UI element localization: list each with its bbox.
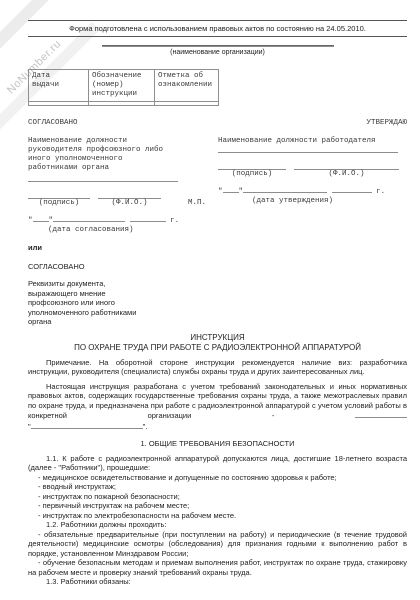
approved-position-text: Наименование должности работодателя [218,137,407,146]
year-suffix: г. [170,217,179,225]
day-blank [33,214,49,222]
month-blank [53,214,125,222]
approved-date-row: "" г. [218,185,407,197]
document-title: ИНСТРУКЦИЯ ПО ОХРАНЕ ТРУДА ПРИ РАБОТЕ С … [28,333,407,353]
agreed-date-row: "" г. [28,214,208,226]
organization-name-line [102,45,334,47]
intro-text: Настоящая инструкция разработана с учето… [28,382,407,421]
document-page: NoNumber.ru Форма подготовлена с использ… [0,0,420,600]
issue-table-col-number: Обозначение (номер) инструкции [89,70,155,102]
year-blank [130,214,166,222]
approval-section: СОГЛАСОВАНО Наименование должности руков… [28,119,407,235]
document-title-line1: ИНСТРУКЦИЯ [28,333,407,343]
paragraph-1-3: 1.3. Работники обязаны: [28,577,407,587]
list-item: - инструктаж по пожарной безопасности; [28,492,407,502]
org-blank [355,410,407,418]
quote-close-mark: ". [143,422,148,431]
issue-table-empty-row [29,102,219,106]
list-item: - медицинское освидетельствование и допу… [28,473,407,483]
year-suffix: г. [376,188,385,196]
issue-table-col-ack: Отметка об ознакомлении [155,70,219,102]
signature-label: (подпись) [28,199,90,208]
agreed-position-line [28,181,178,182]
approved-signature-labels: (подпись) (Ф.И.О.) [218,170,407,179]
signature-label: (подпись) [218,170,286,179]
document-content: Форма подготовлена с использованием прав… [0,0,420,587]
paragraph-1-1: 1.1. К работе с радиоэлектронной аппарат… [28,454,407,473]
agreed-block: СОГЛАСОВАНО Наименование должности руков… [28,119,208,235]
fio-label: (Ф.И.О.) [98,199,161,208]
month-blank [243,185,327,193]
signature-blank [218,162,286,170]
section1-heading: 1. ОБЩИЕ ТРЕБОВАНИЯ БЕЗОПАСНОСТИ [28,439,407,449]
fio-blank [98,191,161,199]
agreed-signature-labels: (подпись) (Ф.И.О.) М.П. [28,199,208,208]
list-item: - вводный инструктаж; [28,482,407,492]
organization-name-label: (наименование организации) [102,49,334,57]
intro-continuation-line: "". [28,421,407,432]
year-blank [332,185,372,193]
approved-signature-lines [218,162,407,170]
approved-position-line [218,152,398,153]
paragraph-1-2: 1.2. Работники должны проходить: [28,520,407,530]
fio-label: (Ф.И.О.) [294,170,399,179]
signature-blank [28,191,90,199]
issue-table: Дата выдачи Обозначение (номер) инструкц… [28,69,219,106]
organization-name-field: (наименование организации) [102,45,334,57]
note-paragraph: Примечание. На оборотной стороне инструк… [28,358,407,377]
agreed-title: СОГЛАСОВАНО [28,119,208,128]
intro-paragraph: Настоящая инструкция разработана с учето… [28,382,407,421]
list-item: - обучение безопасным методам и приемам … [28,558,407,577]
issue-table-col-date: Дата выдачи [29,70,89,102]
issue-table-header-row: Дата выдачи Обозначение (номер) инструкц… [29,70,219,102]
agreed-date-label: (дата согласования) [28,226,208,235]
agreed-signature-lines [28,191,208,199]
approved-title: УТВЕРЖДАЮ [218,119,407,128]
form-header-note: Форма подготовлена с использованием прав… [28,20,407,37]
or-label: или [28,243,407,252]
day-blank [223,185,239,193]
list-item: - инструктаж по электробезопасности на р… [28,511,407,521]
list-item: - обязательные предварительные (при пост… [28,530,407,559]
stamp-label: М.П. [188,199,208,208]
list-item: - первичный инструктаж на рабочем месте; [28,501,407,511]
agreed2-title: СОГЛАСОВАНО [28,262,407,271]
approved-block: УТВЕРЖДАЮ Наименование должности работод… [218,119,407,235]
org-name-blank [31,421,143,429]
approved-date-label: (дата утверждения) [218,197,407,206]
agreed-position-text: Наименование должности руководителя проф… [28,137,208,173]
document-title-line2: ПО ОХРАНЕ ТРУДА ПРИ РАБОТЕ С РАДИОЭЛЕКТР… [28,343,407,353]
agreed2-body: Реквизиты документа, выражающего мнение … [28,279,407,327]
fio-blank [294,162,399,170]
